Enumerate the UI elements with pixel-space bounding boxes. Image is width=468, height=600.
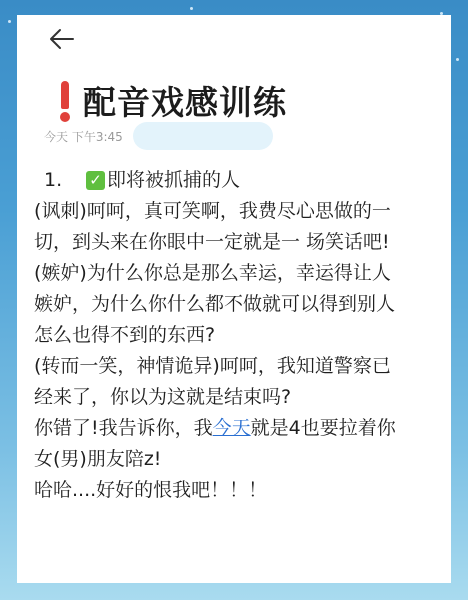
body-line: (嫉妒)为什么你总是那么幸运，幸运得让人 <box>34 258 444 289</box>
body-line: 女(男)朋友陪z! <box>34 444 444 475</box>
background-star <box>456 58 459 61</box>
page-title: 配音戏感训练 <box>83 77 287 124</box>
date-link[interactable]: 今天 <box>213 417 251 439</box>
body-text: 你错了!我告诉你，我 <box>34 417 213 439</box>
body-line: 经来了，你以为这就是结束吗? <box>34 382 444 413</box>
body-line: 哈哈....好好的恨我吧！！！ <box>34 475 444 506</box>
blurred-tag <box>133 122 273 150</box>
item-number: 1. <box>44 165 86 196</box>
body-line: 怎么也得不到的东西? <box>34 320 444 351</box>
body-line: (转而一笑，神情诡异)呵呵，我知道警察已 <box>34 351 444 382</box>
background-star <box>190 7 193 10</box>
meta-row: 今天 下午3:45 <box>44 122 273 150</box>
background-star <box>8 20 11 23</box>
item-heading-text: 即将被抓捕的人 <box>107 165 240 196</box>
back-button[interactable] <box>47 27 77 51</box>
body-line: (讽刺)呵呵，真可笑啊，我费尽心思做的一 <box>34 196 444 227</box>
green-check-icon: ✓ <box>86 171 105 190</box>
body-line: 切，到头来在你眼中一定就是一 场笑话吧! <box>34 227 444 258</box>
body-line-with-link: 你错了!我告诉你，我今天就是4也要拉着你 <box>34 413 444 444</box>
note-body[interactable]: 1. ✓ 即将被抓捕的人 (讽刺)呵呵，真可笑啊，我费尽心思做的一 切，到头来在… <box>34 165 444 506</box>
timestamp: 今天 下午3:45 <box>44 128 123 145</box>
body-line: 嫉妒，为什么你什么都不做就可以得到别人 <box>34 289 444 320</box>
title-row: 配音戏感训练 <box>57 77 287 124</box>
red-exclamation-icon <box>57 81 73 121</box>
body-text: 就是4也要拉着你 <box>251 417 396 439</box>
arrow-left-icon <box>47 27 77 51</box>
item-heading: 1. ✓ 即将被抓捕的人 <box>34 165 444 196</box>
note-card: 配音戏感训练 今天 下午3:45 1. ✓ 即将被抓捕的人 (讽刺)呵呵，真可笑… <box>17 15 451 583</box>
